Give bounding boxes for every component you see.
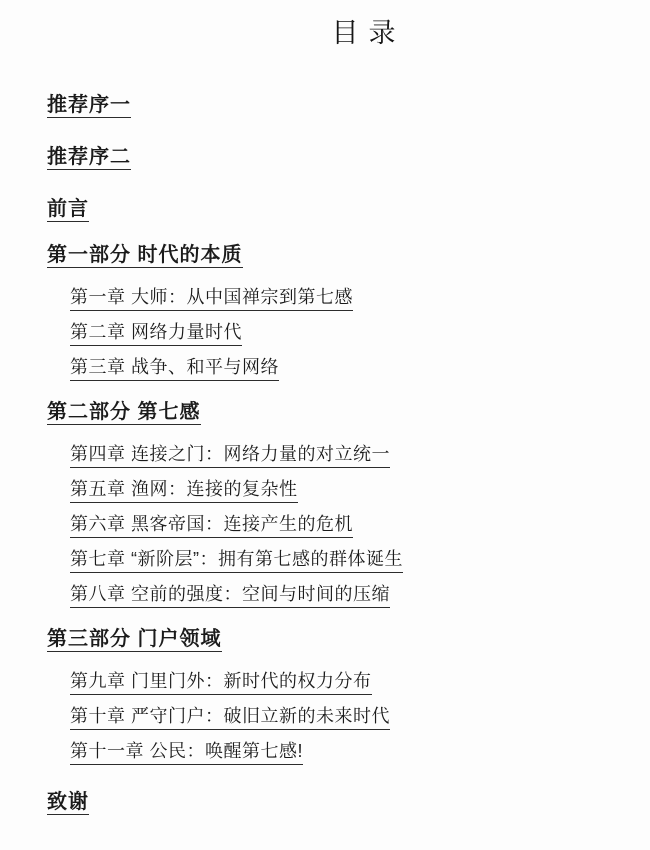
toc-entry: 前言 [47, 196, 610, 222]
toc-link-chapter-1[interactable]: 第一章 大师：从中国禅宗到第七感 [70, 287, 353, 311]
toc-link-chapter-6[interactable]: 第六章 黑客帝国：连接产生的危机 [70, 514, 353, 538]
toc-link-chapter-3[interactable]: 第三章 战争、和平与网络 [70, 357, 279, 381]
toc-link-chapter-5[interactable]: 第五章 渔网：连接的复杂性 [70, 479, 298, 503]
toc-link-chapter-11[interactable]: 第十一章 公民：唤醒第七感! [70, 741, 303, 765]
toc-link-preface-2[interactable]: 推荐序二 [47, 146, 131, 170]
toc-link-chapter-4[interactable]: 第四章 连接之门：网络力量的对立统一 [70, 444, 390, 468]
toc-link-foreword[interactable]: 前言 [47, 198, 89, 222]
toc-entry: 第一部分 时代的本质 [47, 242, 610, 268]
toc-entry: 第九章 门里门外：新时代的权力分布 [70, 669, 610, 693]
toc-entry: 第二部分 第七感 [47, 399, 610, 425]
toc-link-preface-1[interactable]: 推荐序一 [47, 94, 131, 118]
toc-entry: 推荐序一 [47, 92, 610, 118]
toc-entry: 第三部分 门户领域 [47, 626, 610, 652]
toc-link-acknowledgements[interactable]: 致谢 [47, 791, 89, 815]
toc-entry: 第二章 网络力量时代 [70, 320, 610, 344]
toc-link-part-3[interactable]: 第三部分 门户领域 [47, 628, 222, 652]
toc-entry: 推荐序二 [47, 144, 610, 170]
toc-entry: 致谢 [47, 789, 610, 815]
toc-link-chapter-10[interactable]: 第十章 严守门户：破旧立新的未来时代 [70, 706, 390, 730]
toc-page: 目录 推荐序一 推荐序二 前言 第一部分 时代的本质 第一章 大师：从中国禅宗到… [0, 0, 650, 850]
toc-link-chapter-8[interactable]: 第八章 空前的强度：空间与时间的压缩 [70, 584, 390, 608]
toc-link-chapter-2[interactable]: 第二章 网络力量时代 [70, 322, 242, 346]
toc-link-chapter-9[interactable]: 第九章 门里门外：新时代的权力分布 [70, 671, 372, 695]
table-of-contents: 推荐序一 推荐序二 前言 第一部分 时代的本质 第一章 大师：从中国禅宗到第七感… [47, 92, 610, 815]
toc-entry: 第七章 “新阶层”：拥有第七感的群体诞生 [70, 547, 610, 571]
toc-entry: 第十一章 公民：唤醒第七感! [70, 739, 610, 763]
page-title: 目录 [87, 16, 650, 50]
toc-entry: 第五章 渔网：连接的复杂性 [70, 477, 610, 501]
toc-link-chapter-7[interactable]: 第七章 “新阶层”：拥有第七感的群体诞生 [70, 549, 403, 573]
toc-entry: 第六章 黑客帝国：连接产生的危机 [70, 512, 610, 536]
toc-link-part-1[interactable]: 第一部分 时代的本质 [47, 244, 243, 268]
toc-link-part-2[interactable]: 第二部分 第七感 [47, 401, 201, 425]
toc-entry: 第四章 连接之门：网络力量的对立统一 [70, 442, 610, 466]
toc-entry: 第八章 空前的强度：空间与时间的压缩 [70, 582, 610, 606]
toc-entry: 第十章 严守门户：破旧立新的未来时代 [70, 704, 610, 728]
toc-entry: 第一章 大师：从中国禅宗到第七感 [70, 285, 610, 309]
toc-entry: 第三章 战争、和平与网络 [70, 355, 610, 379]
